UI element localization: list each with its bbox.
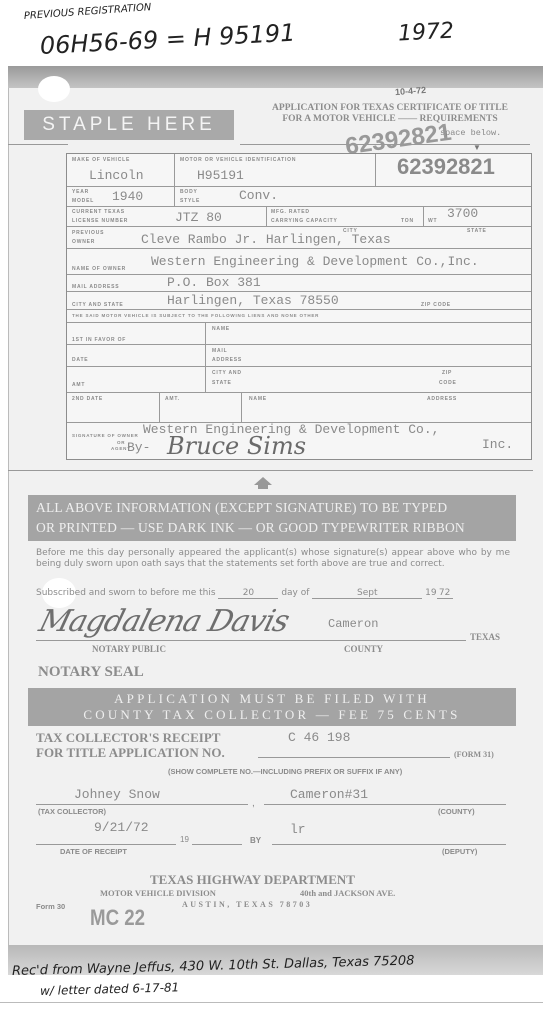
tax-collector-value: Johney Snow xyxy=(74,787,160,802)
instructions-line-1: ALL ABOVE INFORMATION (EXCEPT SIGNATURE)… xyxy=(28,498,516,518)
divider xyxy=(423,206,424,226)
divider xyxy=(67,309,531,310)
owner-name-label: NAME OF OWNER xyxy=(72,266,126,272)
form-ref: (FORM 31) xyxy=(454,750,494,759)
weight-value: 3700 xyxy=(447,206,478,221)
oath-text: Before me this day personally appeared t… xyxy=(36,548,510,570)
city-state-label: CITY AND STATE xyxy=(72,302,124,308)
filing-line-2: COUNTY TAX COLLECTOR — FEE 75 CENTS xyxy=(28,707,516,723)
divider xyxy=(264,804,506,805)
lien-city-label: CITY AND xyxy=(212,370,242,376)
body-style-value: Conv. xyxy=(239,188,278,203)
punch-hole xyxy=(38,76,70,102)
second-address-label: ADDRESS xyxy=(427,396,457,402)
department-city: AUSTIN, TEXAS 78703 xyxy=(182,900,312,909)
previous-owner-value: Cleve Rambo Jr. Harlingen, Texas xyxy=(141,232,391,247)
lien-date-label: DATE xyxy=(72,357,88,363)
prev-owner-label-2: OWNER xyxy=(72,239,95,245)
sworn-day-of: day of xyxy=(281,588,309,598)
divider xyxy=(241,392,242,422)
notary-seal-label: NOTARY SEAL xyxy=(38,664,144,681)
instructions-line-2: OR PRINTED — USE DARK INK — OR GOOD TYPE… xyxy=(28,518,516,538)
license-value: JTZ 80 xyxy=(175,210,222,225)
divider xyxy=(266,206,267,226)
arrow-down-icon: ▼ xyxy=(473,143,481,152)
year-label: YEAR xyxy=(72,189,89,195)
motor-id-value: H95191 xyxy=(197,168,244,183)
divider xyxy=(67,344,531,345)
divider xyxy=(36,640,466,641)
divider xyxy=(174,154,175,206)
receipt-county-label: (COUNTY) xyxy=(438,807,475,816)
title-number-stamp: 62392821 xyxy=(397,154,495,180)
deputy-label: (DEPUTY) xyxy=(442,847,477,856)
receipt-date-value: 9/21/72 xyxy=(94,820,149,835)
form-title: APPLICATION FOR TEXAS CERTIFICATE OF TIT… xyxy=(240,103,540,125)
form-title-line-1: APPLICATION FOR TEXAS CERTIFICATE OF TIT… xyxy=(240,103,540,114)
prev-owner-label-1: PREVIOUS xyxy=(72,230,104,236)
sworn-line: Subscribed and sworn to before me this 2… xyxy=(36,588,510,599)
make-label: MAKE OF VEHICLE xyxy=(72,157,130,163)
receipt-instruction: (SHOW COMPLETE NO.—INCLUDING PREFIX OR S… xyxy=(168,767,402,776)
divider xyxy=(67,291,531,292)
department-street: 40th and JACKSON AVE. xyxy=(300,888,395,898)
notary-public-label: NOTARY PUBLIC xyxy=(92,644,166,654)
second-date-label: 2ND DATE xyxy=(72,396,103,402)
license-label-2: LICENSE NUMBER xyxy=(72,218,128,224)
mail-address-label: MAIL ADDRESS xyxy=(72,284,119,290)
model-label: MODEL xyxy=(72,198,94,204)
divider xyxy=(0,1002,543,1003)
filing-banner: APPLICATION MUST BE FILED WITH COUNTY TA… xyxy=(28,688,516,726)
lien-mail-label: MAIL xyxy=(212,348,227,354)
lien-amt-label: AMT xyxy=(72,382,85,388)
zip-label: ZIP CODE xyxy=(421,302,451,308)
signature-or-label: OR xyxy=(117,440,125,445)
second-amt-label: AMT. xyxy=(165,396,180,402)
form-number: Form 30 xyxy=(36,902,65,911)
lien-state-label: STATE xyxy=(212,380,232,386)
divider xyxy=(205,322,206,392)
divider xyxy=(8,470,533,471)
divider xyxy=(192,844,242,845)
mc-code: MC 22 xyxy=(90,905,145,931)
divider xyxy=(67,248,531,249)
lien-zip-label: ZIP xyxy=(442,370,452,376)
form-title-line-2: FOR A MOTOR VEHICLE —— REQUIREMENTS xyxy=(240,114,540,125)
lien-code-label: CODE xyxy=(439,380,457,386)
sworn-year: 72 xyxy=(437,588,453,599)
divider xyxy=(375,154,376,186)
receipt-date-label: DATE OF RECEIPT xyxy=(60,847,127,856)
wt-label: WT xyxy=(428,218,437,224)
notary-county-value: Cameron xyxy=(328,617,378,631)
sheet-top-edge xyxy=(8,66,543,88)
texas-label: TEXAS xyxy=(470,632,500,642)
deputy-value: lr xyxy=(290,822,306,837)
owner-name-value: Western Engineering & Development Co.,In… xyxy=(151,254,479,269)
sworn-month: Sept xyxy=(312,588,422,599)
arrow-up-icon xyxy=(254,477,272,485)
separator: , xyxy=(252,798,255,809)
lien-name-label: NAME xyxy=(212,326,230,332)
divider xyxy=(67,322,531,323)
receipt-label-1: TAX COLLECTOR'S RECEIPT xyxy=(36,730,220,746)
receipt-number: C 46 198 xyxy=(288,730,350,745)
tax-collector-label: (TAX COLLECTOR) xyxy=(38,807,106,816)
county-label: COUNTY xyxy=(344,644,383,654)
department-name: TEXAS HIGHWAY DEPARTMENT xyxy=(150,872,355,888)
liens-note: THE SAID MOTOR VEHICLE IS SUBJECT TO THE… xyxy=(72,313,319,318)
division-name: MOTOR VEHICLE DIVISION xyxy=(100,888,216,898)
mail-address-value: P.O. Box 381 xyxy=(167,275,261,290)
city-state-value: Harlingen, Texas 78550 xyxy=(167,293,339,308)
receipt-by-label: BY xyxy=(250,836,261,845)
sworn-day: 20 xyxy=(218,588,278,599)
sworn-year-prefix: 19 xyxy=(425,588,436,598)
divider xyxy=(67,392,531,393)
signature-by: By- xyxy=(127,440,150,455)
handwritten-year: 1972 xyxy=(397,19,454,47)
divider xyxy=(67,274,531,275)
notary-signature: Magdalena Davis xyxy=(35,604,292,639)
signature-typed-inc: Inc. xyxy=(482,437,513,452)
staple-here-box: STAPLE HERE xyxy=(24,110,234,140)
date-stamp: 10-4-72 xyxy=(395,85,427,97)
divider xyxy=(67,226,531,227)
sworn-prefix: Subscribed and sworn to before me this xyxy=(36,588,216,598)
divider xyxy=(67,186,531,187)
divider xyxy=(36,844,176,845)
divider xyxy=(240,144,530,145)
owner-signature: Bruce Sims xyxy=(167,432,306,460)
first-lien-label: 1ST IN FAVOR OF xyxy=(72,337,126,343)
ton-label: TON xyxy=(401,218,414,224)
second-name-label: NAME xyxy=(249,396,267,402)
make-value: Lincoln xyxy=(89,168,144,183)
divider xyxy=(272,844,506,845)
capacity-label-1: MFG. RATED xyxy=(271,209,310,215)
receipt-county-value: Cameron#31 xyxy=(290,787,368,802)
style-label: STYLE xyxy=(180,198,200,204)
signature-label: SIGNATURE OF OWNER xyxy=(72,433,139,438)
body-label: BODY xyxy=(180,189,198,195)
receipt-label-2: FOR TITLE APPLICATION NO. xyxy=(36,745,225,761)
motor-id-label: MOTOR OR VEHICLE IDENTIFICATION xyxy=(180,157,296,163)
state-label: STATE xyxy=(467,228,487,234)
arrow-up-icon-stem xyxy=(258,485,268,489)
divider xyxy=(36,804,248,805)
divider xyxy=(8,144,68,145)
vehicle-info-table: 62392821 MAKE OF VEHICLE Lincoln MOTOR O… xyxy=(66,153,532,460)
divider xyxy=(159,392,160,422)
lien-address-label: ADDRESS xyxy=(212,357,242,363)
instructions-banner: ALL ABOVE INFORMATION (EXCEPT SIGNATURE)… xyxy=(28,495,516,541)
divider xyxy=(67,366,531,367)
capacity-label-2: CARRYING CAPACITY xyxy=(271,218,338,224)
filing-line-1: APPLICATION MUST BE FILED WITH xyxy=(28,691,516,707)
receipt-nineteen: 19 xyxy=(180,835,189,844)
divider xyxy=(258,757,450,758)
license-label-1: CURRENT TEXAS xyxy=(72,209,125,215)
year-model-value: 1940 xyxy=(112,189,143,204)
